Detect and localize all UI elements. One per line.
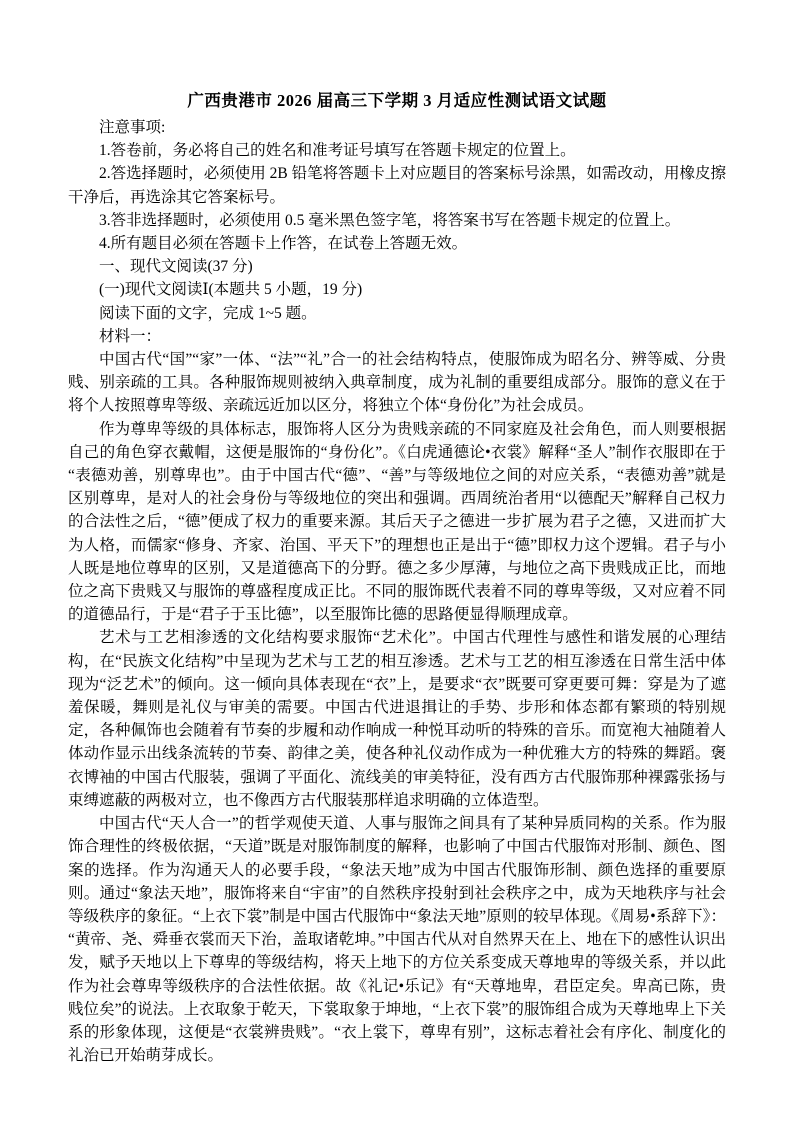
notice-item-2: 2.答选择题时，必须使用 2B 铅笔将答题卡上对应题目的答案标号涂黑，如需改动，… bbox=[68, 162, 726, 208]
notice-item-4: 4.所有题目必须在答题卡上作答，在试卷上答题无效。 bbox=[68, 232, 726, 255]
material-one-paragraph-2: 作为尊卑等级的具体标志，服饰将人区分为贵贱亲疏的不同家庭及社会角色，而人则要根据… bbox=[68, 418, 726, 627]
notice-item-1: 1.答卷前，务必将自己的姓名和准考证号填写在答题卡规定的位置上。 bbox=[68, 139, 726, 162]
exam-paper-page: 广西贵港市 2026 届高三下学期 3 月适应性测试语文试题 注意事项: 1.答… bbox=[0, 0, 793, 1121]
material-one-paragraph-1: 中国古代“国”“家”一体、“法”“礼”合一的社会结构特点，使服饰成为昭名分、辨等… bbox=[68, 348, 726, 418]
section-heading: 一、现代文阅读(37 分) bbox=[68, 255, 726, 278]
notice-heading: 注意事项: bbox=[68, 116, 726, 139]
material-one-paragraph-4: 中国古代“天人合一”的哲学观使天道、人事与服饰之间具有了某种异质同构的关系。作为… bbox=[68, 812, 726, 1067]
text-block: 广西贵港市 2026 届高三下学期 3 月适应性测试语文试题 注意事项: 1.答… bbox=[0, 0, 793, 1067]
notice-item-3: 3.答非选择题时，必须使用 0.5 毫米黑色签字笔，将答案书写在答题卡规定的位置… bbox=[68, 209, 726, 232]
reading-instruction: 阅读下面的文字，完成 1~5 题。 bbox=[68, 302, 726, 325]
material-one-label: 材料一： bbox=[68, 325, 726, 348]
material-one-paragraph-3: 艺术与工艺相渗透的文化结构要求服饰“艺术化”。中国古代理性与感性和谐发展的心理结… bbox=[68, 626, 726, 812]
section-subheading: (一)现代文阅读Ⅰ(本题共 5 小题，19 分) bbox=[68, 278, 726, 301]
document-title: 广西贵港市 2026 届高三下学期 3 月适应性测试语文试题 bbox=[68, 88, 726, 113]
